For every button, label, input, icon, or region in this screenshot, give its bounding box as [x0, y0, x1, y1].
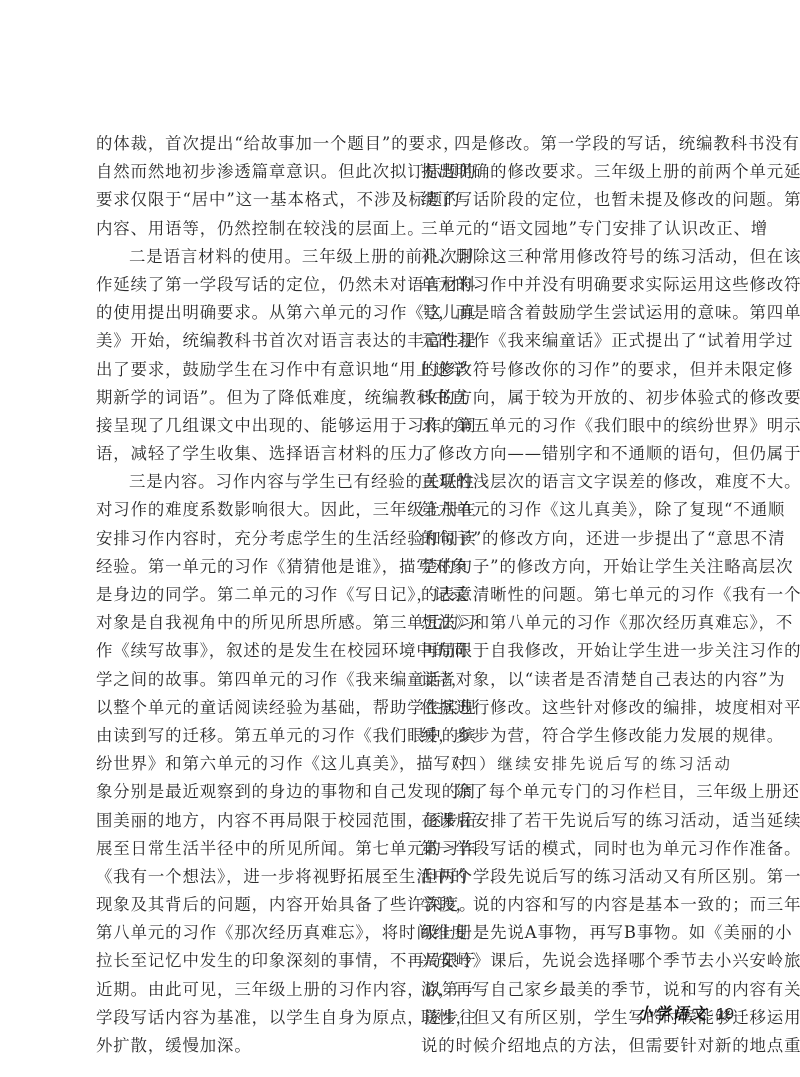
- text-line: 拉长至记忆中发生的印象深刻的事情，不再局限于: [96, 947, 400, 975]
- text-line: 经验。第一单元的习作《猜猜他是谁》，描写对象: [96, 553, 400, 581]
- text-line: 想法》和第八单元的习作《那次经历真难忘》，不: [421, 609, 725, 637]
- text-line: 改的方向，属于较为开放的、初步体验式的修改要: [421, 384, 725, 412]
- text-line: 的句子”的修改方向，还进一步提出了“意思不清: [421, 525, 725, 553]
- text-line: 是身边的同学。第二单元的习作《写日记》，记录: [96, 581, 400, 609]
- text-line: 了修改方向——错别字和不通顺的语句，但仍属于: [421, 440, 725, 468]
- text-line: 补、删除这三种常用修改符号的练习活动，但在该: [421, 243, 725, 271]
- text-line: 以整个单元的童话阅读经验为基础，帮助学生实现: [96, 694, 400, 722]
- text-line: 内容、用语等，仍然控制在较浅的层面上。: [96, 215, 400, 243]
- text-line: 二是语言材料的使用。三年级上册的前几次习: [96, 243, 400, 271]
- text-line: 四是修改。第一学段的写话，统编教科书没有: [421, 130, 725, 158]
- text-line: 说的时候介绍地点的方法，但需要针对新的地点重: [421, 1032, 725, 1060]
- text-line: 外扩散，缓慢加深。: [96, 1032, 400, 1060]
- text-line: 展至日常生活半径中的所见所闻。第七单元的习作: [96, 835, 400, 863]
- text-line: 由读到写的迁移。第五单元的习作《我们眼中的缤: [96, 722, 400, 750]
- text-line: 的修改符号修改你的习作”的要求，但并未限定修: [421, 356, 725, 384]
- text-line: 作《续写故事》，叙述的是发生在校园环境中的同: [96, 637, 400, 665]
- text-line: 纷世界》和第六单元的习作《这儿真美》，描写对: [96, 750, 400, 778]
- text-line: 作延续了第一学段写话的定位，仍然未对语言材料: [96, 271, 400, 299]
- text-line: 期新学的词语”。但为了降低难度，统编教科书直: [96, 384, 400, 412]
- text-line: 依据进行修改。这些针对修改的编排，坡度相对平: [421, 694, 725, 722]
- text-line: 三是内容。习作内容与学生已有经验的关联性: [96, 468, 400, 496]
- text-line: 接呈现了几组课文中出现的、能够运用于习作的词: [96, 412, 400, 440]
- text-line: 但两个学段先说后写的练习活动又有所区别。第一: [421, 863, 725, 891]
- page-number: 19: [716, 1006, 734, 1024]
- journal-name-logo: 小学语文: [636, 1001, 708, 1024]
- text-line: 对习作的难度系数影响很大。因此，三年级上册在: [96, 496, 400, 524]
- text-line: 游，再写自己家乡最美的季节，说和写的内容有关: [421, 976, 725, 1004]
- text-line: 号，而是暗含着鼓励学生尝试运用的意味。第四单: [421, 299, 725, 327]
- text-line: 要求仅限于“居中”这一基本格式，不涉及标题的: [96, 186, 400, 214]
- text-line: 语，减轻了学生收集、选择语言材料的压力。: [96, 440, 400, 468]
- text-line: 学之间的故事。第四单元的习作《我来编童话》，: [96, 666, 400, 694]
- text-line: 象分别是最近观察到的身边的事物和自己发现的周: [96, 778, 400, 806]
- text-line: 的表意清晰性的问题。第七单元的习作《我有一个: [421, 581, 725, 609]
- text-line: 安排习作内容时，充分考虑学生的生活经验和阅读: [96, 525, 400, 553]
- text-line: 对象是自我视角中的所见所思所感。第三单元的习: [96, 609, 400, 637]
- text-line: 再局限于自我修改，开始让学生进一步关注习作的: [421, 637, 725, 665]
- text-line: 级上册是先说A事物，再写B事物。如《美丽的小: [421, 919, 725, 947]
- text-line: 提出明确的修改要求。三年级上册的前两个单元延: [421, 158, 725, 186]
- text-line: 《我有一个想法》，进一步将视野拓展至生活中的: [96, 863, 400, 891]
- text-line: 第六单元的习作《这儿真美》，除了复现“不通顺: [421, 496, 725, 524]
- text-line: 续了写话阶段的定位，也暂未提及修改的问题。第: [421, 186, 725, 214]
- text-line: 的使用提出明确要求。从第六单元的习作《这儿真: [96, 299, 400, 327]
- text-line: 第八单元的习作《那次经历真难忘》，将时间维度: [96, 919, 400, 947]
- text-line: 的体裁，首次提出“给故事加一个题目”的要求，: [96, 130, 400, 158]
- text-line: 近期。由此可见，三年级上册的习作内容，以第一: [96, 976, 400, 1004]
- left-text-column: 的体裁，首次提出“给故事加一个题目”的要求，自然而然地初步渗透篇章意识。但此次拟…: [96, 130, 400, 1060]
- document-page: 的体裁，首次提出“给故事加一个题目”的要求，自然而然地初步渗透篇章意识。但此次拟…: [0, 0, 800, 1077]
- text-line: 自然而然地初步渗透篇章意识。但此次拟订标题的: [96, 158, 400, 186]
- text-line: 除了每个单元专门的习作栏目，三年级上册还: [421, 778, 725, 806]
- text-line: 缓，步步为营，符合学生修改能力发展的规律。: [421, 722, 725, 750]
- text-line: 学段，说的内容和写的内容是基本一致的；而三年: [421, 891, 725, 919]
- text-line: 第一学段写话的模式，同时也为单元习作作准备。: [421, 835, 725, 863]
- right-text-column: 四是修改。第一学段的写话，统编教科书没有提出明确的修改要求。三年级上册的前两个单…: [421, 130, 725, 1060]
- text-line: 现象及其背后的问题，内容开始具备了些许深度。: [96, 891, 400, 919]
- text-line: 三单元的“语文园地”专门安排了认识改正、增: [421, 215, 725, 243]
- text-line: 出了要求，鼓励学生在习作中有意识地“用上这学: [96, 356, 400, 384]
- text-line: 单元的习作中并没有明确要求实际运用这些修改符: [421, 271, 725, 299]
- text-line: 在课后安排了若干先说后写的练习活动，适当延续: [421, 807, 725, 835]
- text-line: 围美丽的地方，内容不再局限于校园范围，逐步拓: [96, 807, 400, 835]
- text-line: 学段写话内容为基准，以学生自身为原点，逐步往: [96, 1004, 400, 1032]
- section-heading: （四）继续安排先说后写的练习活动: [421, 750, 725, 778]
- text-line: 求。第五单元的习作《我们眼中的缤纷世界》明示: [421, 412, 725, 440]
- page-footer: 小学语文 19: [636, 1001, 734, 1024]
- text-line: 直观的浅层次的语言文字误差的修改，难度不大。: [421, 468, 725, 496]
- text-line: 美》开始，统编教科书首次对语言表达的丰富性提: [96, 327, 400, 355]
- text-line: 楚的句子”的修改方向，开始让学生关注略高层次: [421, 553, 725, 581]
- text-line: 兴安岭》课后，先说会选择哪个季节去小兴安岭旅: [421, 947, 725, 975]
- text-line: 读者对象，以“读者是否清楚自己表达的内容”为: [421, 666, 725, 694]
- text-line: 元的习作《我来编童话》正式提出了“试着用学过: [421, 327, 725, 355]
